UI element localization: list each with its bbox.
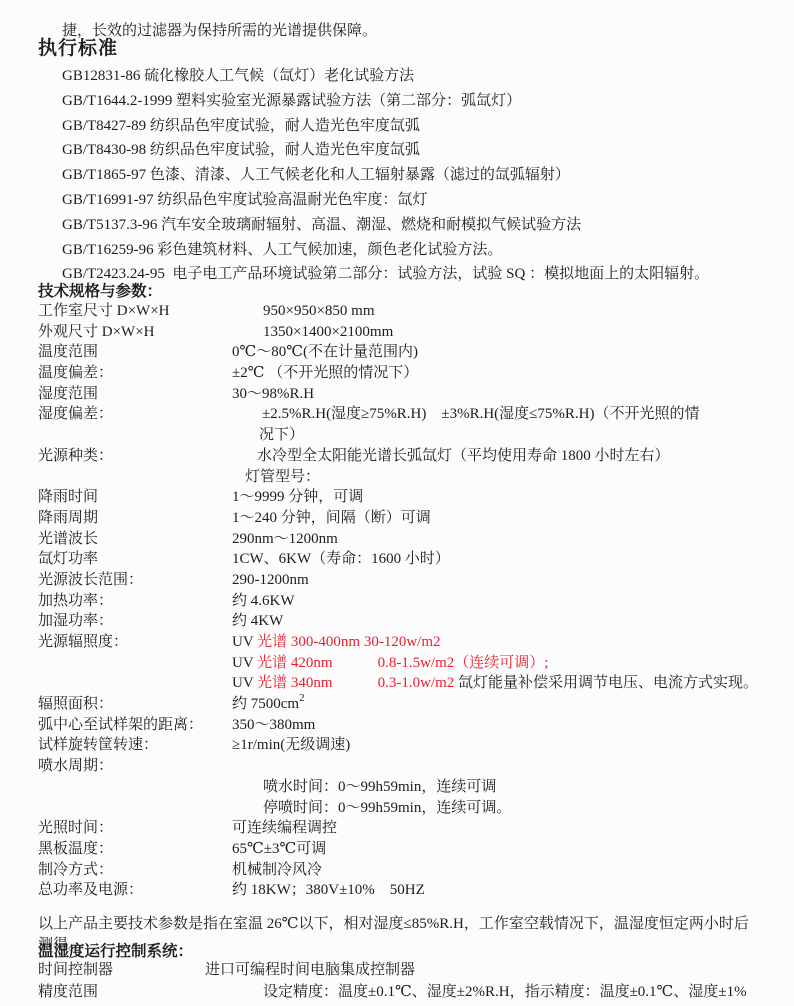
spec-value-red-text: 光谱 420nm 0.8-1.5w/m2（连续可调）; xyxy=(257,655,548,671)
spec-row: 试样旋转筐转速：≥1r/min(无级调速) xyxy=(38,735,786,756)
spec-value-text: 约 7500cm xyxy=(232,696,299,712)
spec-row: 光照时间：可连续编程调控 xyxy=(38,818,786,839)
spec-label: 总功率及电源： xyxy=(38,880,232,901)
spec-value-text: ±2.5%R.H(湿度≥75%R.H) ±3%R.H(湿度≤75%R.H)（不开… xyxy=(262,406,700,422)
spec-value: 1350×1400×2100mm xyxy=(263,322,786,343)
spec-label: 湿度范围 xyxy=(38,384,232,405)
spec-value: 350～380mm xyxy=(232,715,786,736)
spec-label: 辐照面积： xyxy=(38,694,232,715)
spec-value-text: 约 18KW；380V±10% 50HZ xyxy=(232,882,425,898)
spec-value-text: ≥1r/min(无级调速) xyxy=(232,737,350,753)
spec-value-text: 设定精度：温度±0.1℃、湿度±2%R.H，指示精度：温度±0.1℃、湿度±1% xyxy=(263,984,747,1000)
spec-label: 时间控制器 xyxy=(38,960,205,982)
spec-value: 灯管型号： xyxy=(245,467,786,488)
spec-value-text: 机械制冷风冷 xyxy=(232,862,322,878)
standard-item: GB/T2423.24-95 电子电工产品环境试验第二部分：试验方法，试验 SQ… xyxy=(62,262,772,287)
standards-list: GB12831-86 硫化橡胶人工气候（氙灯）老化试验方法GB/T1644.2-… xyxy=(62,64,772,287)
spec-label: 加湿功率： xyxy=(38,611,232,632)
spec-value-text: 灯管型号： xyxy=(245,469,320,485)
spec-value: 1CW、6KW（寿命：1600 小时） xyxy=(232,549,786,570)
spec-row: 氙灯功率1CW、6KW（寿命：1600 小时） xyxy=(38,549,786,570)
spec-value-text: 况下） xyxy=(259,427,304,443)
spec-row: 灯管型号： xyxy=(38,467,786,488)
spec-row: 光源辐照度：UV 光谱 300-400nm 30-120w/m2 xyxy=(38,632,786,653)
standard-item: GB/T16991-97 纺织品色牢度试验高温耐光色牢度：氙灯 xyxy=(62,188,772,213)
spec-row: 黑板温度：65℃±3℃可调 xyxy=(38,839,786,860)
spec-label xyxy=(38,425,259,446)
standard-item: GB/T8427-89 纺织品色牢度试验，耐人造光色牢度氙弧 xyxy=(62,114,772,139)
spec-value-text: 0℃～80℃(不在计量范围内) xyxy=(232,344,418,360)
spec-value-text: UV xyxy=(232,634,257,650)
spec-value: UV 光谱 300-400nm 30-120w/m2 xyxy=(232,632,786,653)
spec-label: 湿度偏差： xyxy=(38,404,262,425)
spec-value-red-text: 光谱 340nm 0.3-1.0w/m2 xyxy=(257,675,458,691)
control-heading: 温湿度运行控制系统： xyxy=(38,939,193,961)
spec-label: 温度范围 xyxy=(38,342,232,363)
spec-value: 停喷时间：0～99h59min，连续可调。 xyxy=(263,798,786,819)
standards-heading: 执行标准 xyxy=(38,33,118,60)
spec-value-text: 喷水时间：0～99h59min，连续可调 xyxy=(263,779,496,795)
spec-value: 950×950×850 mm xyxy=(263,301,786,322)
spec-value: 设定精度：温度±0.1℃、湿度±2%R.H，指示精度：温度±0.1℃、湿度±1% xyxy=(263,982,786,1004)
standard-item: GB/T5137.3-96 汽车安全玻璃耐辐射、高温、潮湿、燃烧和耐模拟气候试验… xyxy=(62,213,772,238)
spec-value-text: 30～98%R.H xyxy=(232,386,314,402)
spec-label xyxy=(38,777,263,798)
spec-row: 加湿功率：约 4KW xyxy=(38,611,786,632)
spec-label: 光源辐照度： xyxy=(38,632,232,653)
standard-item: GB12831-86 硫化橡胶人工气候（氙灯）老化试验方法 xyxy=(62,64,772,89)
spec-label: 光源种类： xyxy=(38,446,257,467)
superscript: 2 xyxy=(299,692,305,704)
spec-table: 工作室尺寸 D×W×H950×950×850 mm外观尺寸 D×W×H1350×… xyxy=(38,301,786,901)
spec-label: 降雨周期 xyxy=(38,508,232,529)
spec-value-text: 约 4.6KW xyxy=(232,593,295,609)
spec-label: 加热功率： xyxy=(38,591,232,612)
spec-value: ≥1r/min(无级调速) xyxy=(232,735,786,756)
spec-row: 降雨周期1～240 分钟，间隔（断）可调 xyxy=(38,508,786,529)
spec-label: 弧中心至试样架的距离： xyxy=(38,715,232,736)
spec-value-text: ±2℃ （不开光照的情况下） xyxy=(232,365,418,381)
spec-value: 进口可编程时间电脑集成控制器 xyxy=(205,960,786,982)
spec-row: 制冷方式：机械制冷风冷 xyxy=(38,860,786,881)
spec-value: 况下） xyxy=(259,425,786,446)
spec-label: 喷水周期： xyxy=(38,756,232,777)
spec-value: 约 4.6KW xyxy=(232,591,786,612)
standard-item: GB/T8430-98 纺织品色牢度试验，耐人造光色牢度氙弧 xyxy=(62,138,772,163)
spec-row: 总功率及电源：约 18KW；380V±10% 50HZ xyxy=(38,880,786,901)
spec-label: 工作室尺寸 D×W×H xyxy=(38,301,263,322)
specs-heading: 技术规格与参数： xyxy=(38,279,162,301)
spec-label xyxy=(38,798,263,819)
spec-label: 降雨时间 xyxy=(38,487,232,508)
spec-row: UV 光谱 340nm 0.3-1.0w/m2 氙灯能量补偿采用调节电压、电流方… xyxy=(38,673,786,694)
spec-label xyxy=(38,653,232,674)
spec-value-text: 约 4KW xyxy=(232,613,283,629)
spec-label xyxy=(38,673,232,694)
spec-value-text: 290nm～1200nm xyxy=(232,531,338,547)
spec-value-text: 1～9999 分钟，可调 xyxy=(232,489,363,505)
spec-value: ±2.5%R.H(湿度≥75%R.H) ±3%R.H(湿度≤75%R.H)（不开… xyxy=(262,404,786,425)
standard-item: GB/T1865-97 色漆、清漆、人工气候老化和人工辐射暴露（滤过的氙弧辐射） xyxy=(62,163,772,188)
spec-value: ±2℃ （不开光照的情况下） xyxy=(232,363,786,384)
spec-label: 光谱波长 xyxy=(38,529,232,550)
document-page: 捷，长效的过滤器为保持所需的光谱提供保障。 执行标准 GB12831-86 硫化… xyxy=(0,0,794,1006)
spec-value: 喷水时间：0～99h59min，连续可调 xyxy=(263,777,786,798)
spec-label: 氙灯功率 xyxy=(38,549,232,570)
spec-value-text: 进口可编程时间电脑集成控制器 xyxy=(205,962,415,978)
spec-row: 光谱波长290nm～1200nm xyxy=(38,529,786,550)
spec-row: 时间控制器进口可编程时间电脑集成控制器 xyxy=(38,960,786,982)
control-table: 时间控制器进口可编程时间电脑集成控制器精度范围设定精度：温度±0.1℃、湿度±2… xyxy=(38,960,786,1004)
spec-row: 光源种类：水冷型全太阳能光谱长弧氙灯（平均使用寿命 1800 小时左右） xyxy=(38,446,786,467)
spec-row: 温度偏差：±2℃ （不开光照的情况下） xyxy=(38,363,786,384)
spec-row: 温度范围0℃～80℃(不在计量范围内) xyxy=(38,342,786,363)
spec-value-text: 350～380mm xyxy=(232,717,315,733)
spec-value: 机械制冷风冷 xyxy=(232,860,786,881)
spec-label: 精度范围 xyxy=(38,982,263,1004)
spec-value: 1～240 分钟，间隔（断）可调 xyxy=(232,508,786,529)
spec-label: 试样旋转筐转速： xyxy=(38,735,232,756)
spec-value-text: 可连续编程调控 xyxy=(232,820,337,836)
spec-row: 弧中心至试样架的距离：350～380mm xyxy=(38,715,786,736)
spec-label: 制冷方式： xyxy=(38,860,232,881)
spec-value: 290-1200nm xyxy=(232,570,786,591)
spec-row: 精度范围设定精度：温度±0.1℃、湿度±2%R.H，指示精度：温度±0.1℃、湿… xyxy=(38,982,786,1004)
spec-value: 水冷型全太阳能光谱长弧氙灯（平均使用寿命 1800 小时左右） xyxy=(257,446,786,467)
spec-row: 况下） xyxy=(38,425,786,446)
spec-value: UV 光谱 340nm 0.3-1.0w/m2 氙灯能量补偿采用调节电压、电流方… xyxy=(232,673,786,694)
spec-value-text: UV xyxy=(232,675,257,691)
standard-item: GB/T1644.2-1999 塑料实验室光源暴露试验方法（第二部分：弧氙灯） xyxy=(62,89,772,114)
spec-value-text: 1～240 分钟，间隔（断）可调 xyxy=(232,510,431,526)
standard-item: GB/T16259-96 彩色建筑材料、人工气候加速，颜色老化试验方法。 xyxy=(62,238,772,263)
spec-row: 湿度偏差：±2.5%R.H(湿度≥75%R.H) ±3%R.H(湿度≤75%R.… xyxy=(38,404,786,425)
spec-row: 辐照面积：约 7500cm2 xyxy=(38,694,786,715)
spec-value-text: 停喷时间：0～99h59min，连续可调。 xyxy=(263,800,511,816)
spec-value: 65℃±3℃可调 xyxy=(232,839,786,860)
spec-label xyxy=(38,467,245,488)
spec-row: 光源波长范围：290-1200nm xyxy=(38,570,786,591)
spec-value: 可连续编程调控 xyxy=(232,818,786,839)
spec-value-text: 水冷型全太阳能光谱长弧氙灯（平均使用寿命 1800 小时左右） xyxy=(257,448,670,464)
spec-label: 光源波长范围： xyxy=(38,570,232,591)
spec-label: 外观尺寸 D×W×H xyxy=(38,322,263,343)
spec-row: 停喷时间：0～99h59min，连续可调。 xyxy=(38,798,786,819)
spec-value-text: 950×950×850 mm xyxy=(263,303,375,319)
intro-paragraph: 捷，长效的过滤器为保持所需的光谱提供保障。 xyxy=(62,21,762,41)
spec-value-text: 65℃±3℃可调 xyxy=(232,841,326,857)
spec-value xyxy=(232,756,786,777)
spec-value-text: 1CW、6KW（寿命：1600 小时） xyxy=(232,551,450,567)
spec-value: 290nm～1200nm xyxy=(232,529,786,550)
spec-value-text: 氙灯能量补偿采用调节电压、电流方式实现。 xyxy=(458,675,758,691)
spec-value-text: 290-1200nm xyxy=(232,572,309,588)
spec-value-red-text: 光谱 300-400nm 30-120w/m2 xyxy=(257,634,440,650)
spec-row: UV 光谱 420nm 0.8-1.5w/m2（连续可调）; xyxy=(38,653,786,674)
spec-label: 光照时间： xyxy=(38,818,232,839)
spec-label: 黑板温度： xyxy=(38,839,232,860)
spec-value: 约 7500cm2 xyxy=(232,694,786,715)
spec-value: 30～98%R.H xyxy=(232,384,786,405)
spec-label: 温度偏差： xyxy=(38,363,232,384)
spec-value: UV 光谱 420nm 0.8-1.5w/m2（连续可调）; xyxy=(232,653,786,674)
spec-row: 喷水周期： xyxy=(38,756,786,777)
spec-row: 湿度范围30～98%R.H xyxy=(38,384,786,405)
spec-value: 约 4KW xyxy=(232,611,786,632)
spec-row: 喷水时间：0～99h59min，连续可调 xyxy=(38,777,786,798)
spec-value: 约 18KW；380V±10% 50HZ xyxy=(232,880,786,901)
spec-row: 工作室尺寸 D×W×H950×950×850 mm xyxy=(38,301,786,322)
spec-value: 1～9999 分钟，可调 xyxy=(232,487,786,508)
spec-value-text: UV xyxy=(232,655,257,671)
spec-value: 0℃～80℃(不在计量范围内) xyxy=(232,342,786,363)
spec-row: 外观尺寸 D×W×H1350×1400×2100mm xyxy=(38,322,786,343)
spec-value-text: 1350×1400×2100mm xyxy=(263,324,393,340)
spec-row: 降雨时间1～9999 分钟，可调 xyxy=(38,487,786,508)
spec-row: 加热功率：约 4.6KW xyxy=(38,591,786,612)
